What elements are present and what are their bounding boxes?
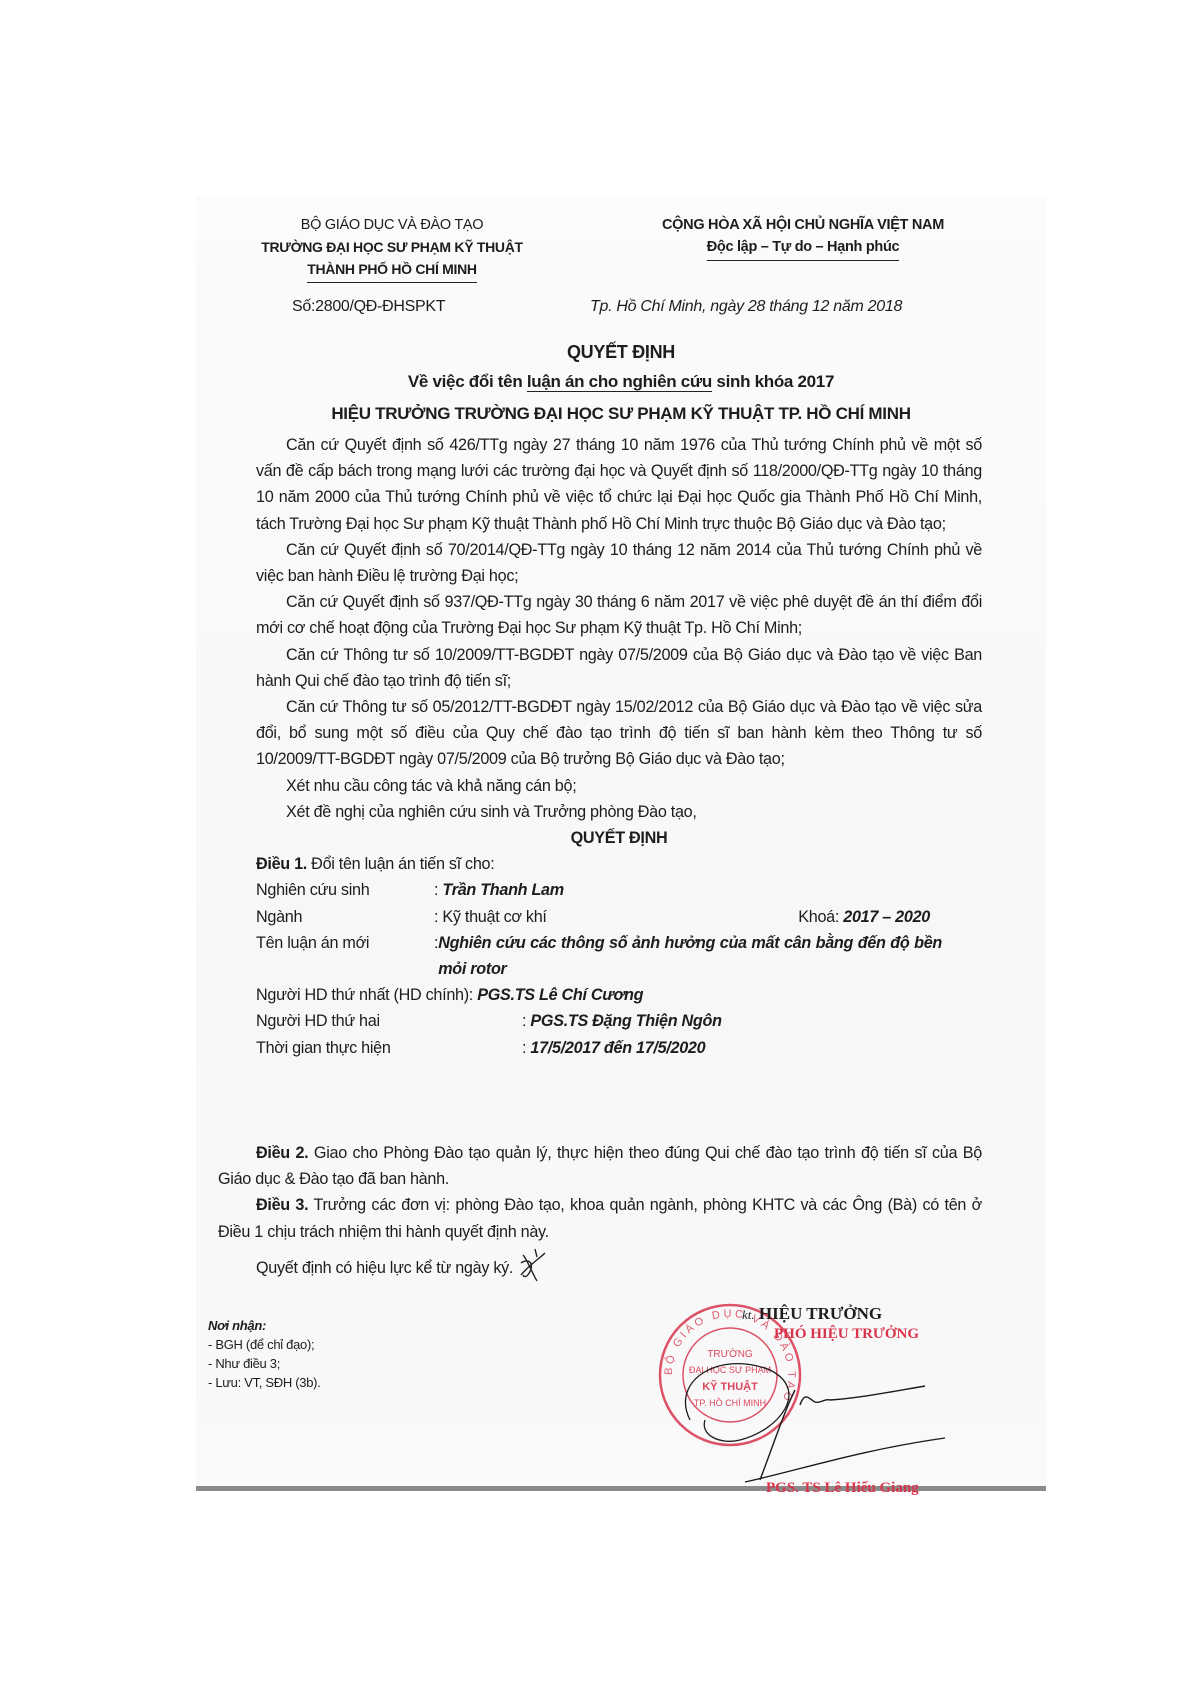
major-label: Ngành	[256, 904, 434, 930]
subject-prefix: Về việc đổi tên	[408, 372, 527, 391]
article-2-label: Điều 2.	[256, 1144, 308, 1162]
recipient-item: - Lưu: VT, SĐH (3b).	[208, 1373, 321, 1392]
school-name-line2: THÀNH PHỐ HỒ CHÍ MINH	[307, 258, 476, 283]
national-motto: Độc lập – Tự do – Hạnh phúc	[707, 236, 900, 261]
preamble-2: Căn cứ Quyết định số 70/2014/QĐ-TTg ngày…	[256, 537, 982, 589]
period-value: 17/5/2017 đến 17/5/2020	[530, 1039, 705, 1057]
national-title: CỘNG HÒA XÃ HỘI CHỦ NGHĨA VIỆT NAM Độc l…	[628, 214, 978, 261]
document-title: QUYẾT ĐỊNH	[196, 342, 1046, 363]
student-label: Nghiên cứu sinh	[256, 877, 434, 903]
initials-scribble-icon	[517, 1245, 551, 1285]
period-label: Thời gian thực hiện	[256, 1035, 434, 1061]
field-advisor-1: Người HD thứ nhất (HD chính): PGS.TS Lê …	[256, 982, 982, 1008]
thesis-label: Tên luận án mới	[256, 930, 434, 982]
subject-underlined: luận án cho nghiên cứu	[527, 372, 712, 392]
articles-2-3: Điều 2. Giao cho Phòng Đào tạo quản lý, …	[218, 1140, 982, 1285]
advisor-1-value: PGS.TS Lê Chí Cương	[477, 982, 643, 1008]
article-3: Điều 3. Trưởng các đơn vị: phòng Đào tạo…	[218, 1192, 982, 1244]
preamble-7: Xét đề nghị của nghiên cứu sinh và Trưởn…	[256, 799, 982, 825]
decision-heading: QUYẾT ĐỊNH	[256, 825, 982, 851]
preamble-6: Xét nhu cầu công tác và khả năng cán bộ;	[256, 773, 982, 799]
school-name-line1: TRƯỜNG ĐẠI HỌC SƯ PHẠM KỸ THUẬT	[232, 236, 552, 258]
issuing-authority: BỘ GIÁO DỤC VÀ ĐÀO TẠO TRƯỜNG ĐẠI HỌC SƯ…	[232, 214, 552, 283]
document-subject: Về việc đổi tên luận án cho nghiên cứu s…	[196, 372, 1046, 392]
field-thesis: Tên luận án mới : Nghiên cứu các thông s…	[256, 930, 982, 982]
field-student: Nghiên cứu sinh : Trần Thanh Lam	[256, 877, 982, 903]
ministry-name: BỘ GIÁO DỤC VÀ ĐÀO TẠO	[232, 214, 552, 236]
article-1-text: Đổi tên luận án tiến sĩ cho:	[307, 855, 494, 873]
thesis-value: Nghiên cứu các thông số ảnh hưởng của mấ…	[438, 930, 982, 982]
article-3-text: Trưởng các đơn vị: phòng Đào tạo, khoa q…	[218, 1196, 982, 1240]
cohort-value: 2017 – 2020	[843, 908, 930, 926]
issue-date: Tp. Hồ Chí Minh, ngày 28 tháng 12 năm 20…	[590, 298, 902, 316]
recipients-block: Nơi nhận: - BGH (để chỉ đạo); - Như điều…	[208, 1316, 321, 1392]
field-period: Thời gian thực hiện : 17/5/2017 đến 17/5…	[256, 1035, 982, 1061]
article-2: Điều 2. Giao cho Phòng Đào tạo quản lý, …	[218, 1140, 982, 1192]
effective-clause: Quyết định có hiệu lực kể từ ngày ký.	[218, 1245, 982, 1285]
document-number: Số:2800/QĐ-ĐHSPKT	[292, 298, 445, 316]
advisor-1-label: Người HD thứ nhất (HD chính):	[256, 982, 473, 1008]
article-1: Điều 1. Đổi tên luận án tiến sĩ cho: Ngh…	[256, 851, 982, 1061]
recipient-item: - Như điều 3;	[208, 1354, 321, 1373]
handwritten-signature-icon	[660, 1320, 960, 1490]
recipient-item: - BGH (để chỉ đạo);	[208, 1335, 321, 1354]
field-advisor-2: Người HD thứ hai : PGS.TS Đặng Thiện Ngô…	[256, 1008, 982, 1034]
preamble-5: Căn cứ Thông tư số 05/2012/TT-BGDĐT ngày…	[256, 694, 982, 773]
effective-text: Quyết định có hiệu lực kể từ ngày ký.	[256, 1259, 513, 1277]
preamble-4: Căn cứ Thông tư số 10/2009/TT-BGDĐT ngày…	[256, 642, 982, 694]
recipients-heading: Nơi nhận:	[208, 1316, 321, 1335]
preamble-3: Căn cứ Quyết định số 937/QĐ-TTg ngày 30 …	[256, 589, 982, 641]
document-body: Căn cứ Quyết định số 426/TTg ngày 27 thá…	[256, 432, 982, 1061]
major-value: Kỹ thuật cơ khí	[442, 908, 546, 926]
subject-suffix: sinh khóa 2017	[712, 372, 834, 391]
country-name: CỘNG HÒA XÃ HỘI CHỦ NGHĨA VIỆT NAM	[628, 214, 978, 236]
article-3-label: Điều 3.	[256, 1196, 308, 1214]
advisor-2-label: Người HD thứ hai	[256, 1008, 434, 1034]
article-2-text: Giao cho Phòng Đào tạo quản lý, thực hiệ…	[218, 1144, 982, 1188]
preamble-1: Căn cứ Quyết định số 426/TTg ngày 27 thá…	[256, 432, 982, 537]
issuing-officer-title: HIỆU TRƯỞNG TRƯỜNG ĐẠI HỌC SƯ PHẠM KỸ TH…	[196, 404, 1046, 424]
advisor-2-value: PGS.TS Đặng Thiện Ngôn	[530, 1012, 721, 1030]
cohort-label: Khoá:	[798, 908, 843, 926]
article-1-label: Điều 1.	[256, 855, 307, 873]
field-major: Ngành : Kỹ thuật cơ khí Khoá: 2017 – 202…	[256, 904, 982, 930]
student-value: Trần Thanh Lam	[442, 881, 563, 899]
